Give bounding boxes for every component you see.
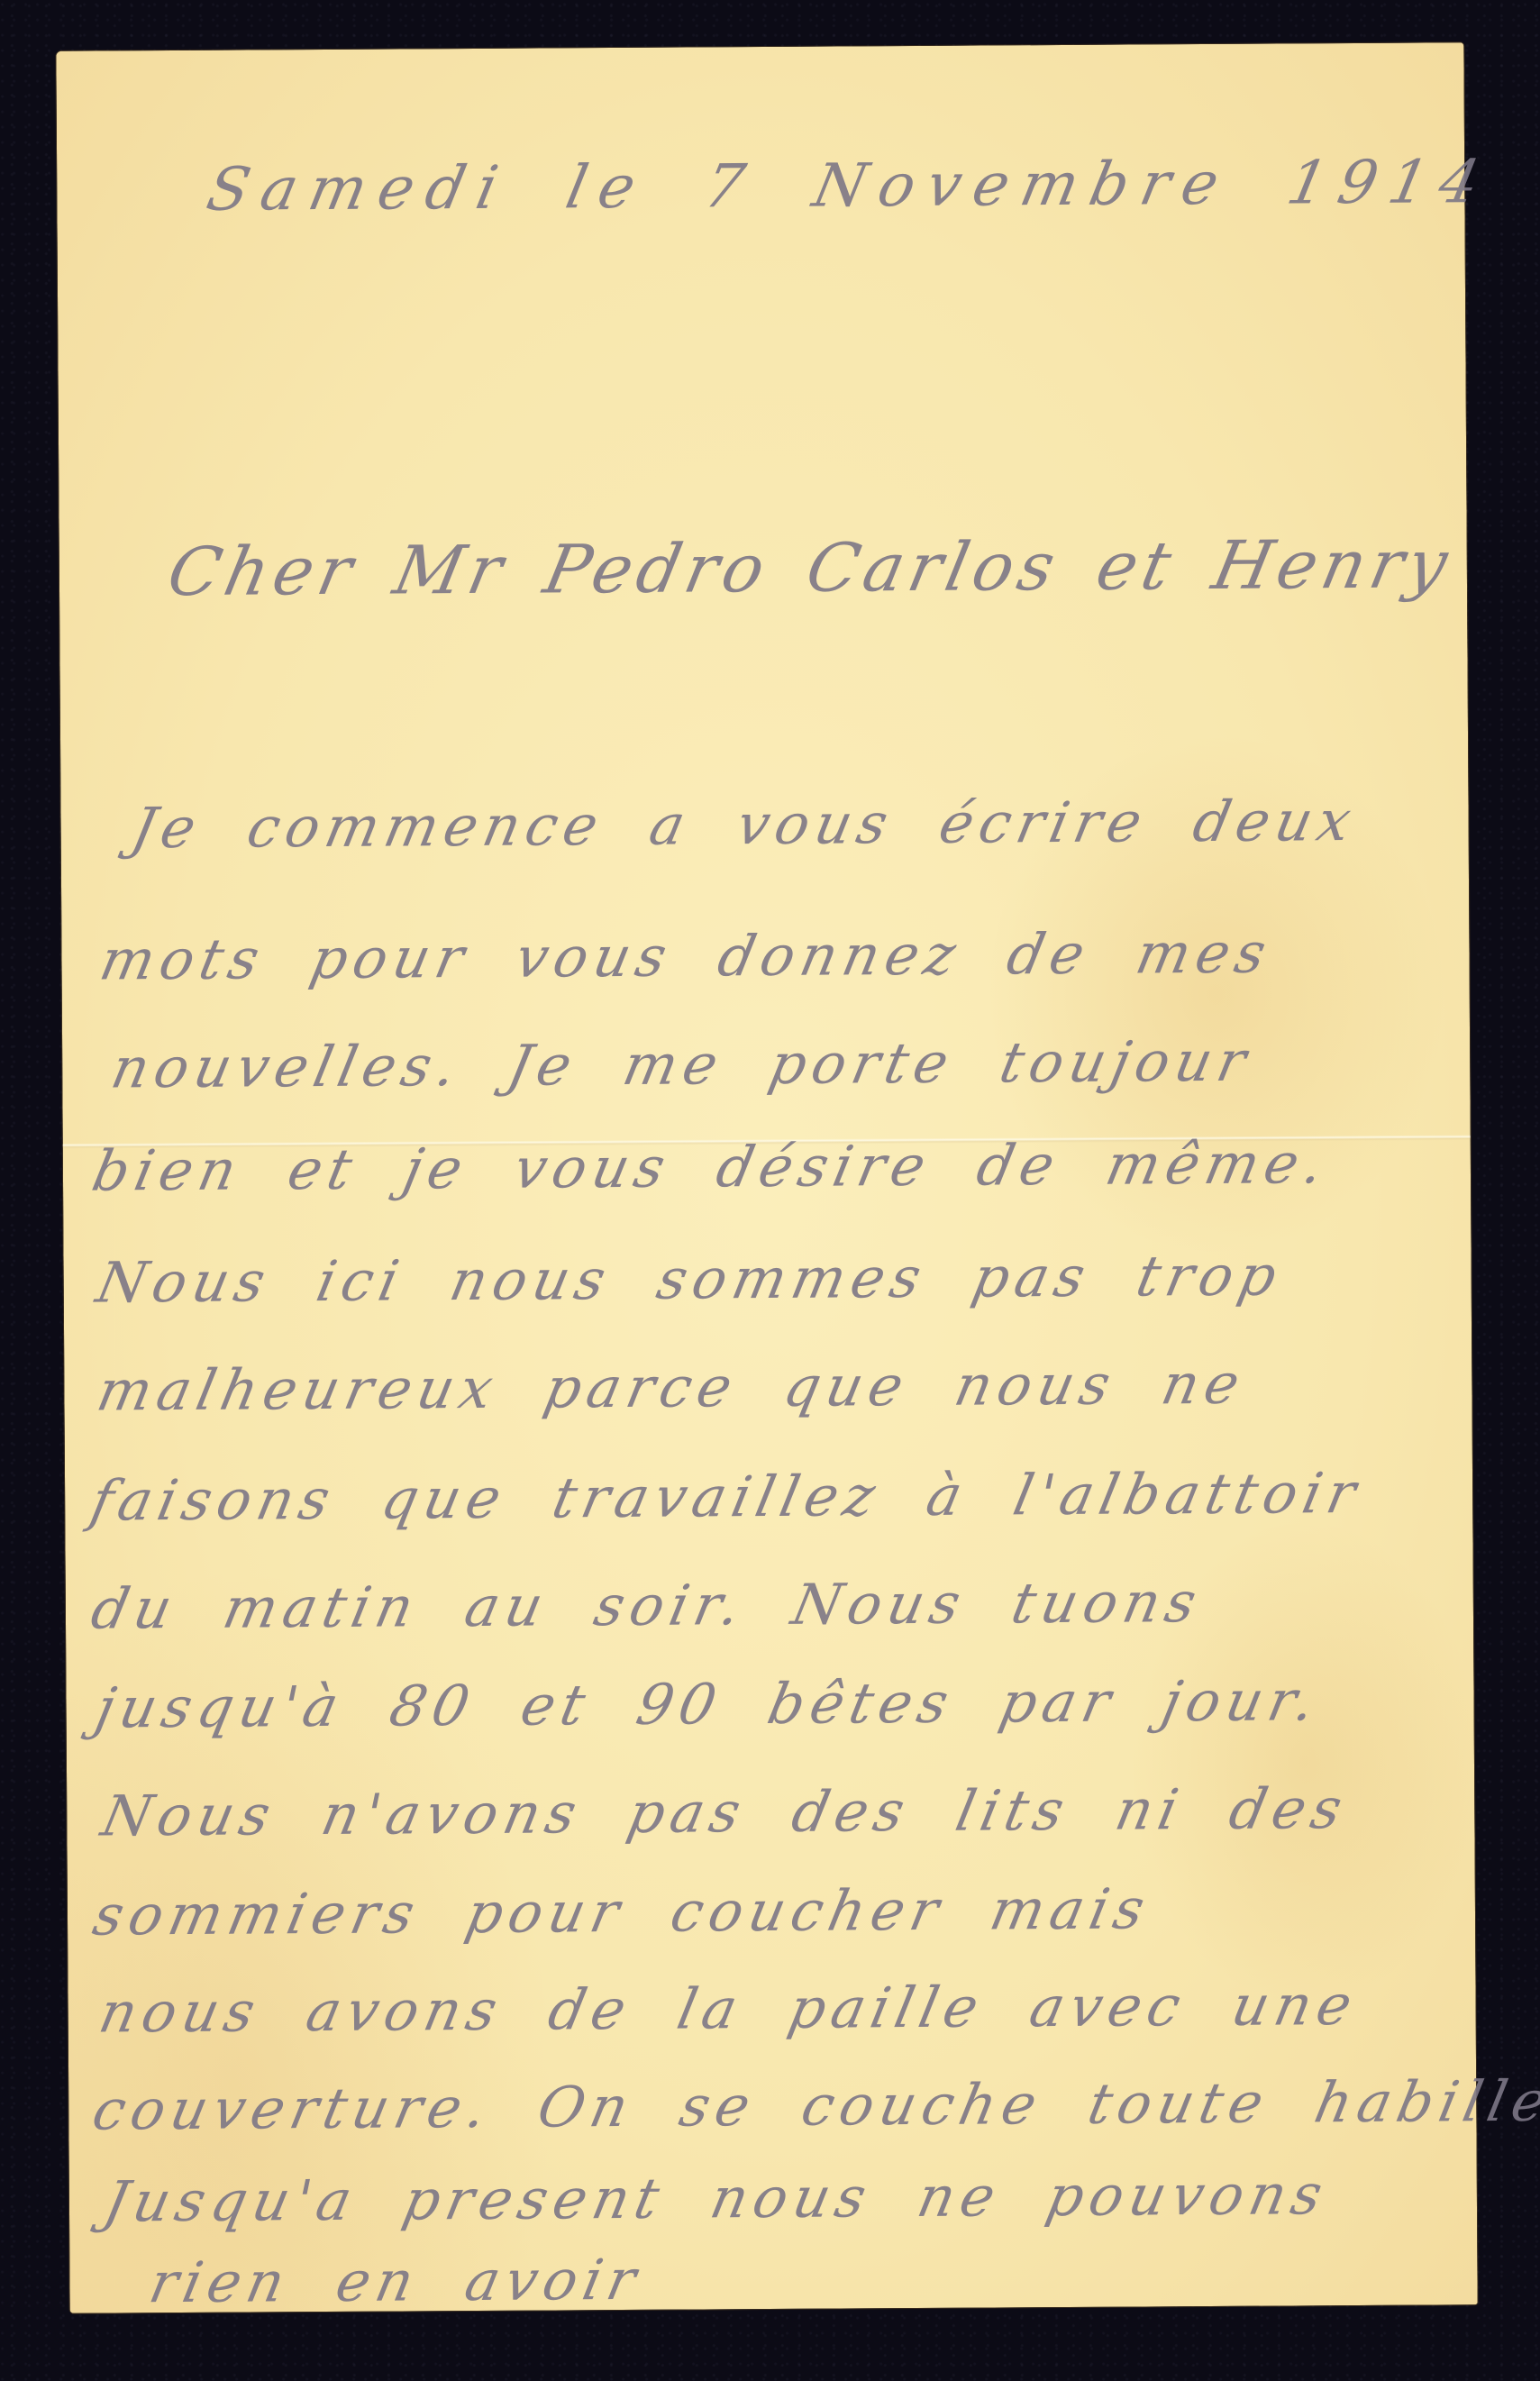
body-line: malheureux parce que nous ne <box>92 1351 1252 1424</box>
body-line: Nous ici nous sommes pas trop <box>91 1242 1289 1315</box>
body-line: Jusqu'a present nous ne pouvons <box>98 2161 1334 2234</box>
body-line: sommiers pour coucher mais <box>87 1875 1156 1948</box>
letter-sheet: Samedi le 7 Novembre 1914 Cher Mr Pedro … <box>56 42 1477 2313</box>
body-line: couverture. On se couche toute habille. <box>87 2067 1540 2142</box>
body-line: nous avons de la paille avec une <box>94 1972 1363 2046</box>
body-line: rien en avoir <box>144 2247 648 2315</box>
body-line: faisons que travaillez à l'albattoir <box>86 1460 1368 1534</box>
body-line: jusqu'à 80 et 90 bêtes par jour. <box>90 1667 1326 1740</box>
body-line: Nous n'avons pas des lits ni des <box>96 1775 1354 1849</box>
body-line: Je commence a vous écrire deux <box>126 788 1362 861</box>
letter-salutation: Cher Mr Pedro Carlos et Henry <box>161 525 1459 611</box>
body-line: mots pour vous donnez de mes <box>95 920 1278 993</box>
body-line: bien et je vous désire de même. <box>87 1130 1335 1203</box>
body-line: du matin au soir. Nous tuons <box>86 1569 1207 1642</box>
body-line: nouvelles. Je me porte toujour <box>106 1028 1258 1101</box>
letter-date: Samedi le 7 Novembre 1914 <box>201 147 1498 224</box>
